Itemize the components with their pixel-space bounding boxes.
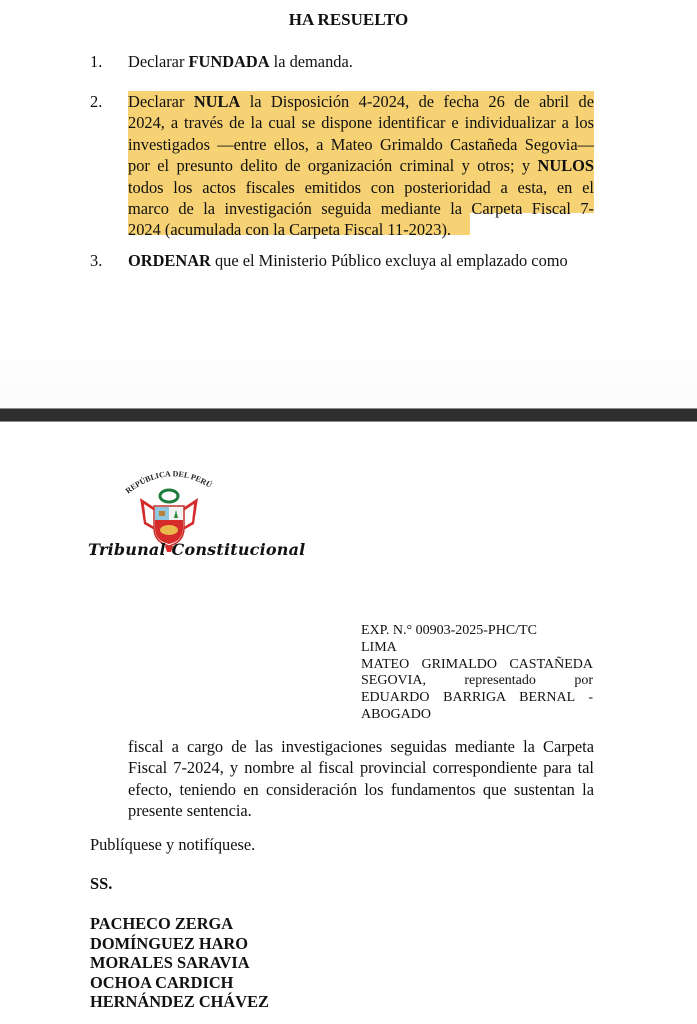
text-line: por el presunto delito de organización c…: [128, 155, 594, 176]
closing-text: Publíquese y notifíquese.: [90, 835, 255, 855]
judge-name: OCHOA CARDICH: [90, 973, 269, 993]
text-line: fiscal a cargo de las investigaciones se…: [128, 736, 594, 757]
item-number: 1.: [90, 51, 102, 72]
item-text: ORDENAR que el Ministerio Público excluy…: [128, 250, 594, 271]
svg-text:REPÚBLICA DEL PERÚ: REPÚBLICA DEL PERÚ: [124, 469, 214, 495]
text-line: 2024 (acumulada con la Carpeta Fiscal 11…: [128, 219, 594, 240]
judge-name: DOMÍNGUEZ HARO: [90, 934, 269, 954]
resolution-heading: HA RESUELTO: [0, 10, 697, 30]
case-party-line: SEGOVIA, representado por: [361, 673, 593, 690]
case-party-line: ABOGADO: [361, 707, 593, 724]
item-number: 2.: [90, 91, 102, 112]
text-line: Fiscal 7-2024, y nombre al fiscal provin…: [128, 757, 594, 778]
case-location: LIMA: [361, 640, 593, 657]
text-line: marco de la investigación seguida median…: [128, 198, 594, 219]
page-divider: [0, 408, 697, 422]
signature-label: SS.: [90, 874, 112, 894]
text-line: todos los actos fiscales emitidos con po…: [128, 177, 594, 198]
judge-name: MORALES SARAVIA: [90, 953, 269, 973]
item-number: 3.: [90, 250, 102, 271]
judge-name: PACHECO ZERGA: [90, 914, 269, 934]
case-party-line: EDUARDO BARRIGA BERNAL -: [361, 690, 593, 707]
text-line: efecto, teniendo en consideración los fu…: [128, 779, 594, 800]
arc-text: REPÚBLICA DEL PERÚ: [124, 469, 214, 495]
case-party-line: MATEO GRIMALDO CASTAÑEDA: [361, 657, 593, 674]
text-line: presente sentencia.: [128, 800, 594, 821]
text-line: investigados —entre ellos, a Mateo Grima…: [128, 134, 594, 155]
continuation-paragraph: fiscal a cargo de las investigaciones se…: [128, 736, 594, 822]
judge-name: HERNÁNDEZ CHÁVEZ: [90, 992, 269, 1012]
case-header: EXP. N.° 00903-2025-PHC/TC LIMA MATEO GR…: [361, 623, 593, 724]
institution-name: Tribunal Constitucional: [88, 540, 305, 559]
case-number: EXP. N.° 00903-2025-PHC/TC: [361, 623, 593, 640]
item-text: Declarar FUNDADA la demanda.: [128, 51, 594, 72]
item-text-highlighted: Declarar NULA la Disposición 4-2024, de …: [128, 91, 594, 241]
text-line: 2024, a través de la cual se dispone ide…: [128, 112, 594, 133]
text-line: Declarar NULA la Disposición 4-2024, de …: [128, 91, 594, 112]
judges-list: PACHECO ZERGA DOMÍNGUEZ HARO MORALES SAR…: [90, 914, 269, 1012]
